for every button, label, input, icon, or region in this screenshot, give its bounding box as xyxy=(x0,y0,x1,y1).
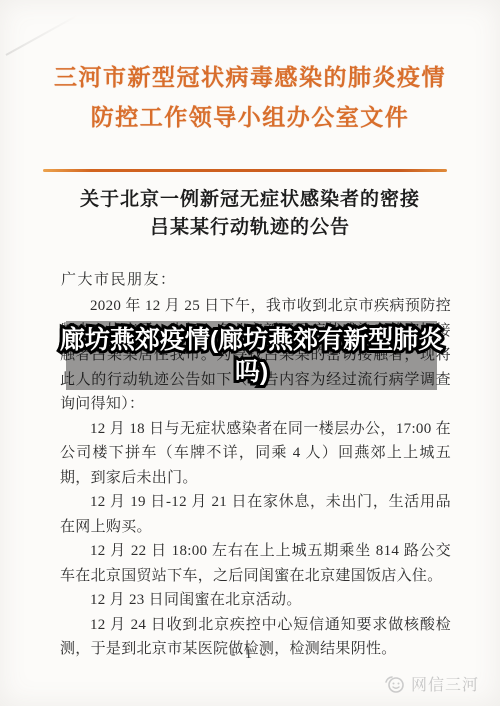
document-photo: 三河市新型冠状病毒感染的肺炎疫情 防控工作领导小组办公室文件 关于北京一例新冠无… xyxy=(0,0,500,706)
letterhead-title: 三河市新型冠状病毒感染的肺炎疫情 防控工作领导小组办公室文件 xyxy=(0,57,500,137)
watermark-label: 网信三河 xyxy=(411,672,479,695)
page-number: - 1 - xyxy=(0,647,500,663)
paper-crease xyxy=(6,14,79,56)
headline-line-1-fill: 廊坊燕郊疫情(廊坊燕郊有新型肺炎 xyxy=(8,324,495,356)
headline-line-2: 吗) 吗) xyxy=(8,356,495,388)
notice-title-line-2: 吕某某行动轨迹的公告 xyxy=(0,214,500,242)
notice-title: 关于北京一例新冠无症状感染者的密接 吕某某行动轨迹的公告 xyxy=(0,186,500,242)
salutation: 广大市民朋友： xyxy=(61,268,177,289)
notice-title-line-1: 关于北京一例新冠无症状感染者的密接 xyxy=(0,186,500,214)
watermark: 网信三河 xyxy=(383,672,479,695)
article-headline: 廊坊燕郊疫情(廊坊燕郊有新型肺炎 廊坊燕郊疫情(廊坊燕郊有新型肺炎 吗) 吗) xyxy=(8,324,495,388)
article-headline-overlay: 廊坊燕郊疫情(廊坊燕郊有新型肺炎 廊坊燕郊疫情(廊坊燕郊有新型肺炎 吗) 吗) xyxy=(66,321,437,390)
paragraph-dec19-21: 12 月 19 日-12 月 21 日在家休息，未出门，生活用品在网上购买。 xyxy=(60,490,451,539)
letterhead-line-2: 防控工作领导小组办公室文件 xyxy=(0,97,500,137)
paragraph-dec23: 12 月 23 日同闺蜜在北京活动。 xyxy=(60,588,451,613)
wangxin-sanhe-logo-icon xyxy=(383,674,407,694)
paragraph-dec18: 12 月 18 日与无症状感染者在同一楼层办公，17:00 在公司楼下拼车（车牌… xyxy=(60,417,451,491)
paragraph-dec22: 12 月 22 日 18:00 左右在上上城五期乘坐 814 路公交车在北京国贸… xyxy=(60,539,451,588)
letterhead-line-1: 三河市新型冠状病毒感染的肺炎疫情 xyxy=(0,57,500,97)
letterhead-divider xyxy=(43,169,447,172)
headline-line-2-fill: 吗) xyxy=(8,356,495,388)
headline-line-1: 廊坊燕郊疫情(廊坊燕郊有新型肺炎 廊坊燕郊疫情(廊坊燕郊有新型肺炎 xyxy=(8,324,495,356)
